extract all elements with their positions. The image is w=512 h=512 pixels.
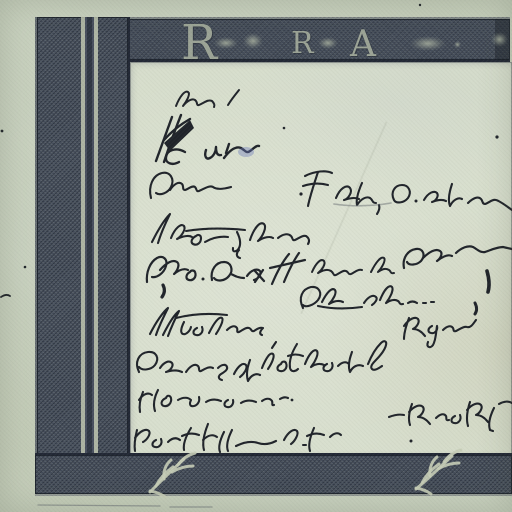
frame-left-band [35, 17, 130, 495]
frame-bottom-band [35, 453, 512, 496]
postcard-photo: RRA [0, 0, 512, 512]
frame-band-endcap [495, 19, 509, 60]
message-panel [130, 62, 512, 454]
paper-crease [300, 121, 388, 314]
left-band-stripe-ornament [81, 17, 98, 495]
